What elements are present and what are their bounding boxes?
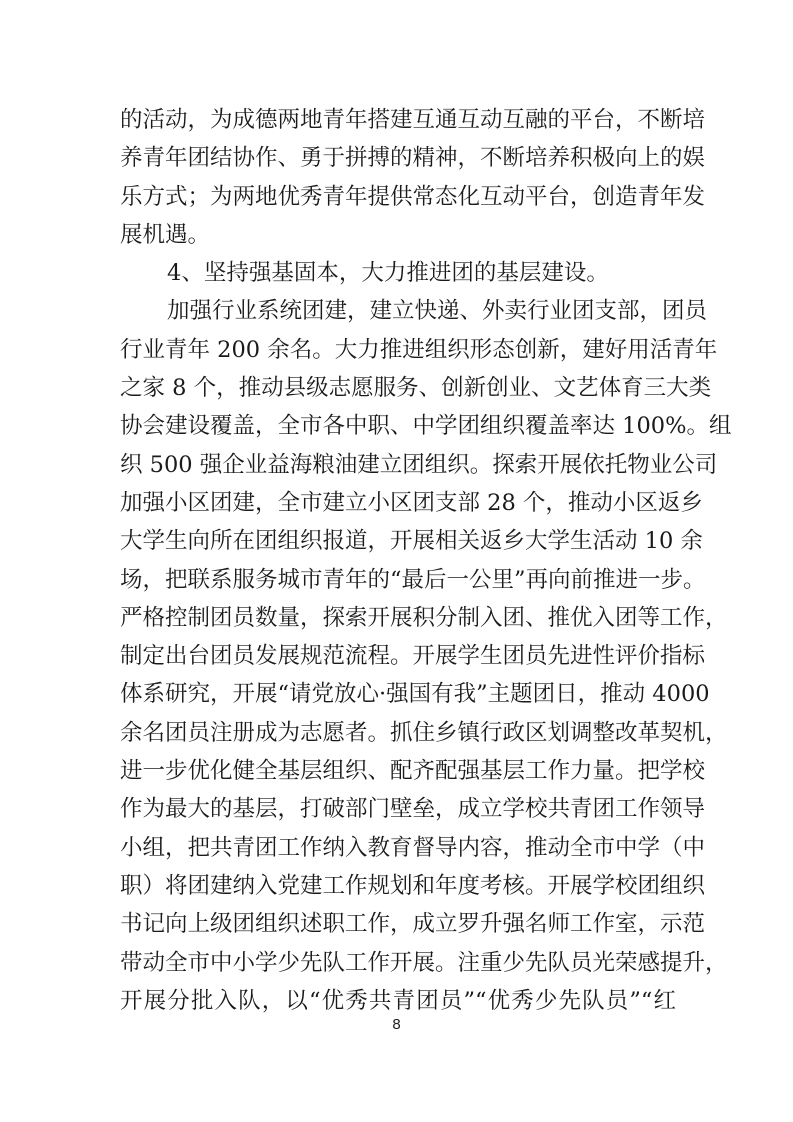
text-line: 书记向上级团组织述职工作，成立罗升强名师工作室，示范 xyxy=(120,905,676,943)
text-line: 带动全市中小学少先队工作开展。注重少先队员光荣感提升， xyxy=(120,944,676,982)
text-line: 严格控制团员数量，探索开展积分制入团、推优入团等工作， xyxy=(120,599,676,637)
text-line: 开展分批入队，以“优秀共青团员”“优秀少先队员”“红 xyxy=(120,982,676,1020)
text-line: 作为最大的基层，打破部门壁垒，成立学校共青团工作领导 xyxy=(120,790,676,828)
text-line: 养青年团结协作、勇于拼搏的精神，不断培养积极向上的娱 xyxy=(120,139,676,177)
text-line: 制定出台团员发展规范流程。开展学生团员先进性评价指标 xyxy=(120,637,676,675)
text-line: 展机遇。 xyxy=(120,216,676,254)
page-number: 8 xyxy=(0,1016,793,1033)
section-heading: 4、坚持强基固本，大力推进团的基层建设。 xyxy=(120,254,676,292)
text-line: 协会建设覆盖，全市各中职、中学团组织覆盖率达 100%。组 xyxy=(120,407,676,445)
text-line: 体系研究，开展“请党放心·强国有我”主题团日，推动 4000 xyxy=(120,675,676,713)
text-line: 余名团员注册成为志愿者。抓住乡镇行政区划调整改革契机， xyxy=(120,714,676,752)
text-line: 织 500 强企业益海粮油建立团组织。探索开展依托物业公司 xyxy=(120,446,676,484)
text-line: 职）将团建纳入党建工作规划和年度考核。开展学校团组织 xyxy=(120,867,676,905)
text-line: 小组，把共青团工作纳入教育督导内容，推动全市中学（中 xyxy=(120,829,676,867)
document-body: 的活动，为成德两地青年搭建互通互动互融的平台，不断培 养青年团结协作、勇于拼搏的… xyxy=(120,101,676,1020)
text-line: 之家 8 个，推动县级志愿服务、创新创业、文艺体育三大类 xyxy=(120,369,676,407)
text-line: 加强小区团建，全市建立小区团支部 28 个，推动小区返乡 xyxy=(120,484,676,522)
text-line: 进一步优化健全基层组织、配齐配强基层工作力量。把学校 xyxy=(120,752,676,790)
text-line: 乐方式；为两地优秀青年提供常态化互动平台，创造青年发 xyxy=(120,178,676,216)
text-line: 的活动，为成德两地青年搭建互通互动互融的平台，不断培 xyxy=(120,101,676,139)
text-line: 场，把联系服务城市青年的“最后一公里”再向前推进一步。 xyxy=(120,561,676,599)
document-page: 的活动，为成德两地青年搭建互通互动互融的平台，不断培 养青年团结协作、勇于拼搏的… xyxy=(0,0,793,1122)
text-line: 行业青年 200 余名。大力推进组织形态创新，建好用活青年 xyxy=(120,331,676,369)
text-line: 加强行业系统团建，建立快递、外卖行业团支部，团员 xyxy=(120,292,676,330)
text-line: 大学生向所在团组织报道，开展相关返乡大学生活动 10 余 xyxy=(120,522,676,560)
